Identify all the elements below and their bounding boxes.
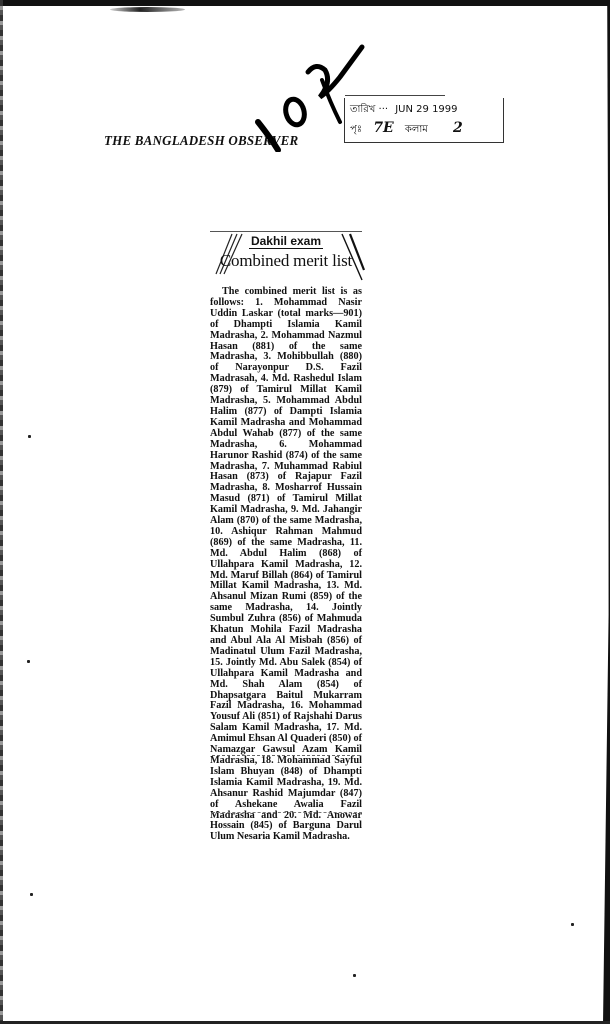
article-bottom-rule <box>212 812 362 813</box>
scan-left-edge <box>0 0 3 1024</box>
scan-speck <box>30 893 33 896</box>
scan-speck <box>571 923 574 926</box>
article-kicker: Dakhil exam <box>210 234 362 248</box>
article-body: The combined merit list is as follows: 1… <box>210 287 362 843</box>
scan-top-edge <box>0 0 610 6</box>
stamp-date-value: JUN 29 1999 <box>395 104 457 115</box>
article-paragraph: The combined merit list is as follows: 1… <box>210 287 362 843</box>
scan-speck <box>28 435 31 438</box>
article-fold-rule <box>212 755 360 756</box>
stamp-date-row: তারিখ ··· JUN 29 1999 <box>350 102 458 119</box>
scan-speck <box>27 660 30 663</box>
stamp-page-value: 7E <box>373 120 393 136</box>
news-article: Dakhil exam Combined merit list The comb… <box>210 230 362 843</box>
article-headline: Combined merit list <box>210 251 362 271</box>
stamp-page-row: পৃঃ 7E কলাম 2 <box>350 120 463 139</box>
scan-smudge <box>110 7 185 12</box>
archive-date-stamp: তারিখ ··· JUN 29 1999 পৃঃ 7E কলাম 2 <box>344 98 504 143</box>
stamp-column-label: কলাম <box>405 124 428 135</box>
scan-right-edge <box>596 0 610 1024</box>
stamp-page-label: পৃঃ <box>350 124 362 135</box>
article-kicker-text: Dakhil exam <box>249 234 323 249</box>
scan-speck <box>353 974 356 977</box>
stamp-date-label: তারিখ ··· <box>350 104 388 115</box>
stamp-column-value: 2 <box>453 120 463 136</box>
